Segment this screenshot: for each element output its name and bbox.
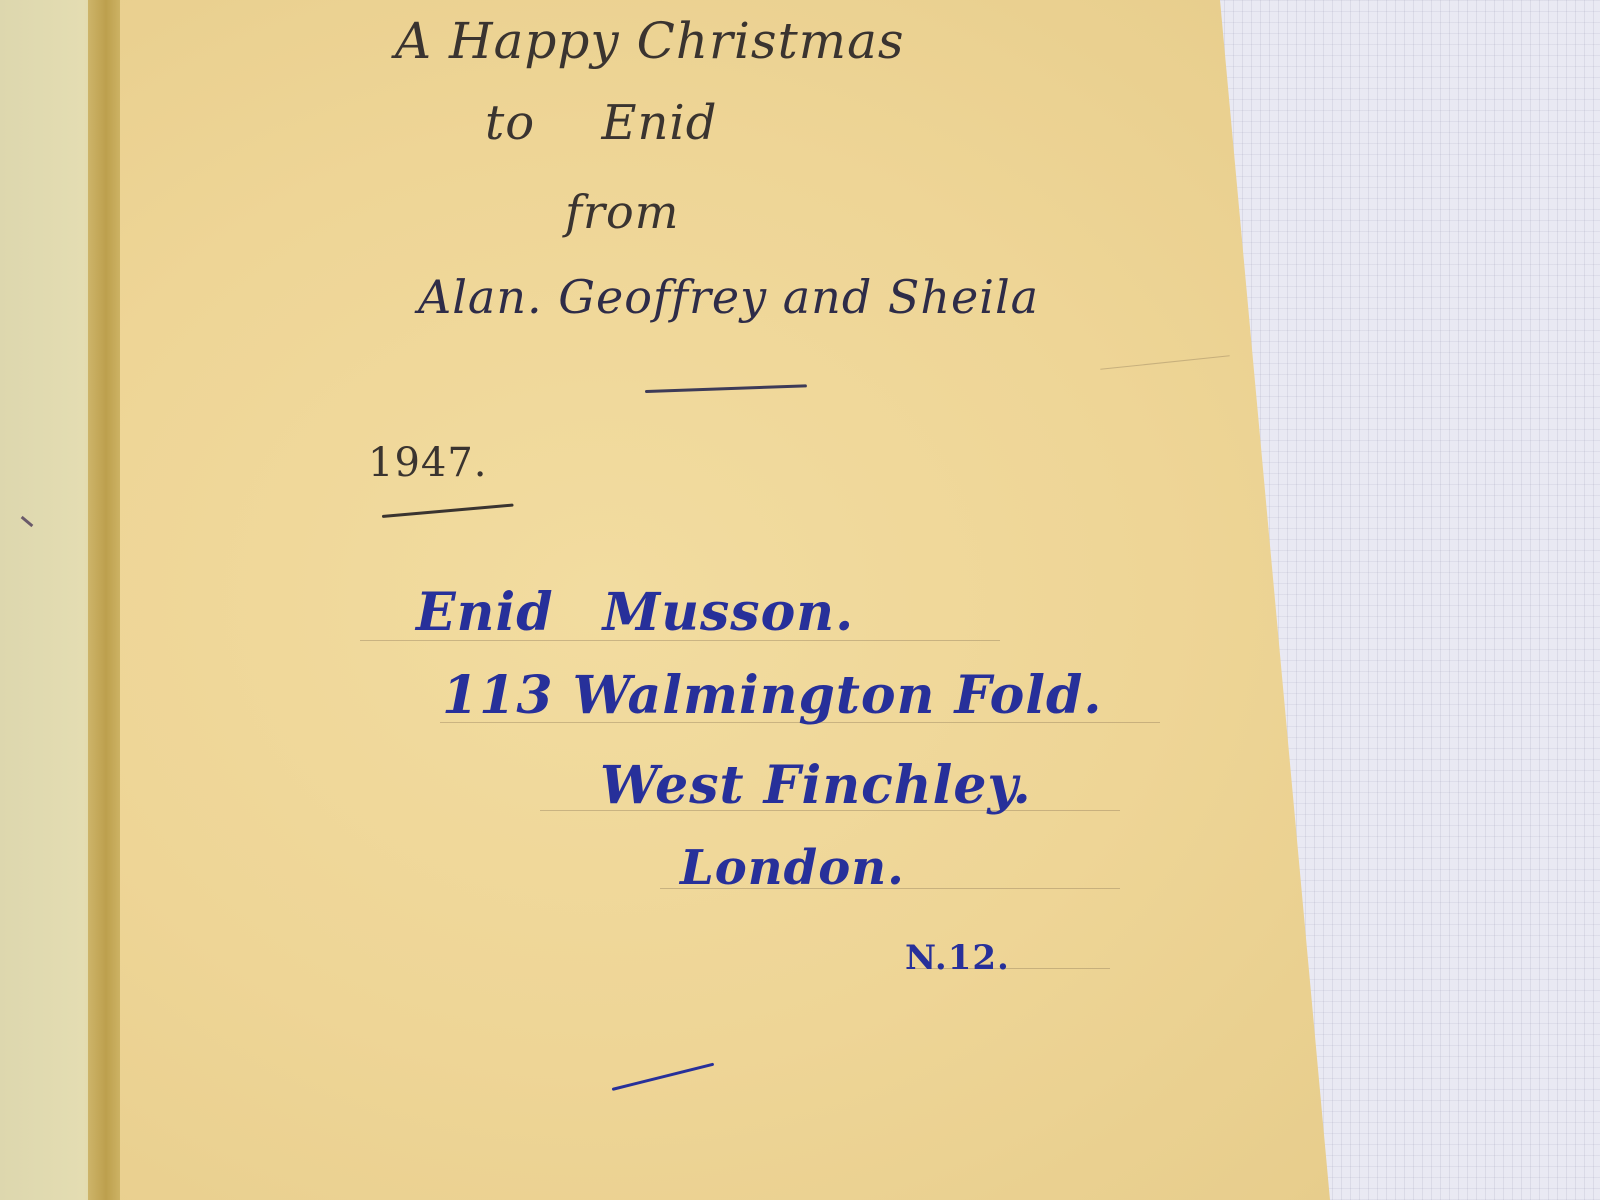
inscription-line-2: to Enid <box>485 95 717 151</box>
owner-postcode: N.12. <box>905 938 1010 978</box>
inscription-year: 1947. <box>368 440 488 486</box>
owner-address-line-2: West Finchley. <box>600 755 1032 816</box>
owner-name: Enid Musson. <box>416 582 854 643</box>
inscription-line-4: Alan. Geoffrey and Sheila <box>418 270 1039 324</box>
inscription-line-1: A Happy Christmas <box>395 12 905 70</box>
owner-address-line-1: 113 Walmington Fold. <box>442 665 1103 726</box>
owner-address-line-3: London. <box>680 840 905 896</box>
inscription-line-3: from <box>565 185 679 239</box>
